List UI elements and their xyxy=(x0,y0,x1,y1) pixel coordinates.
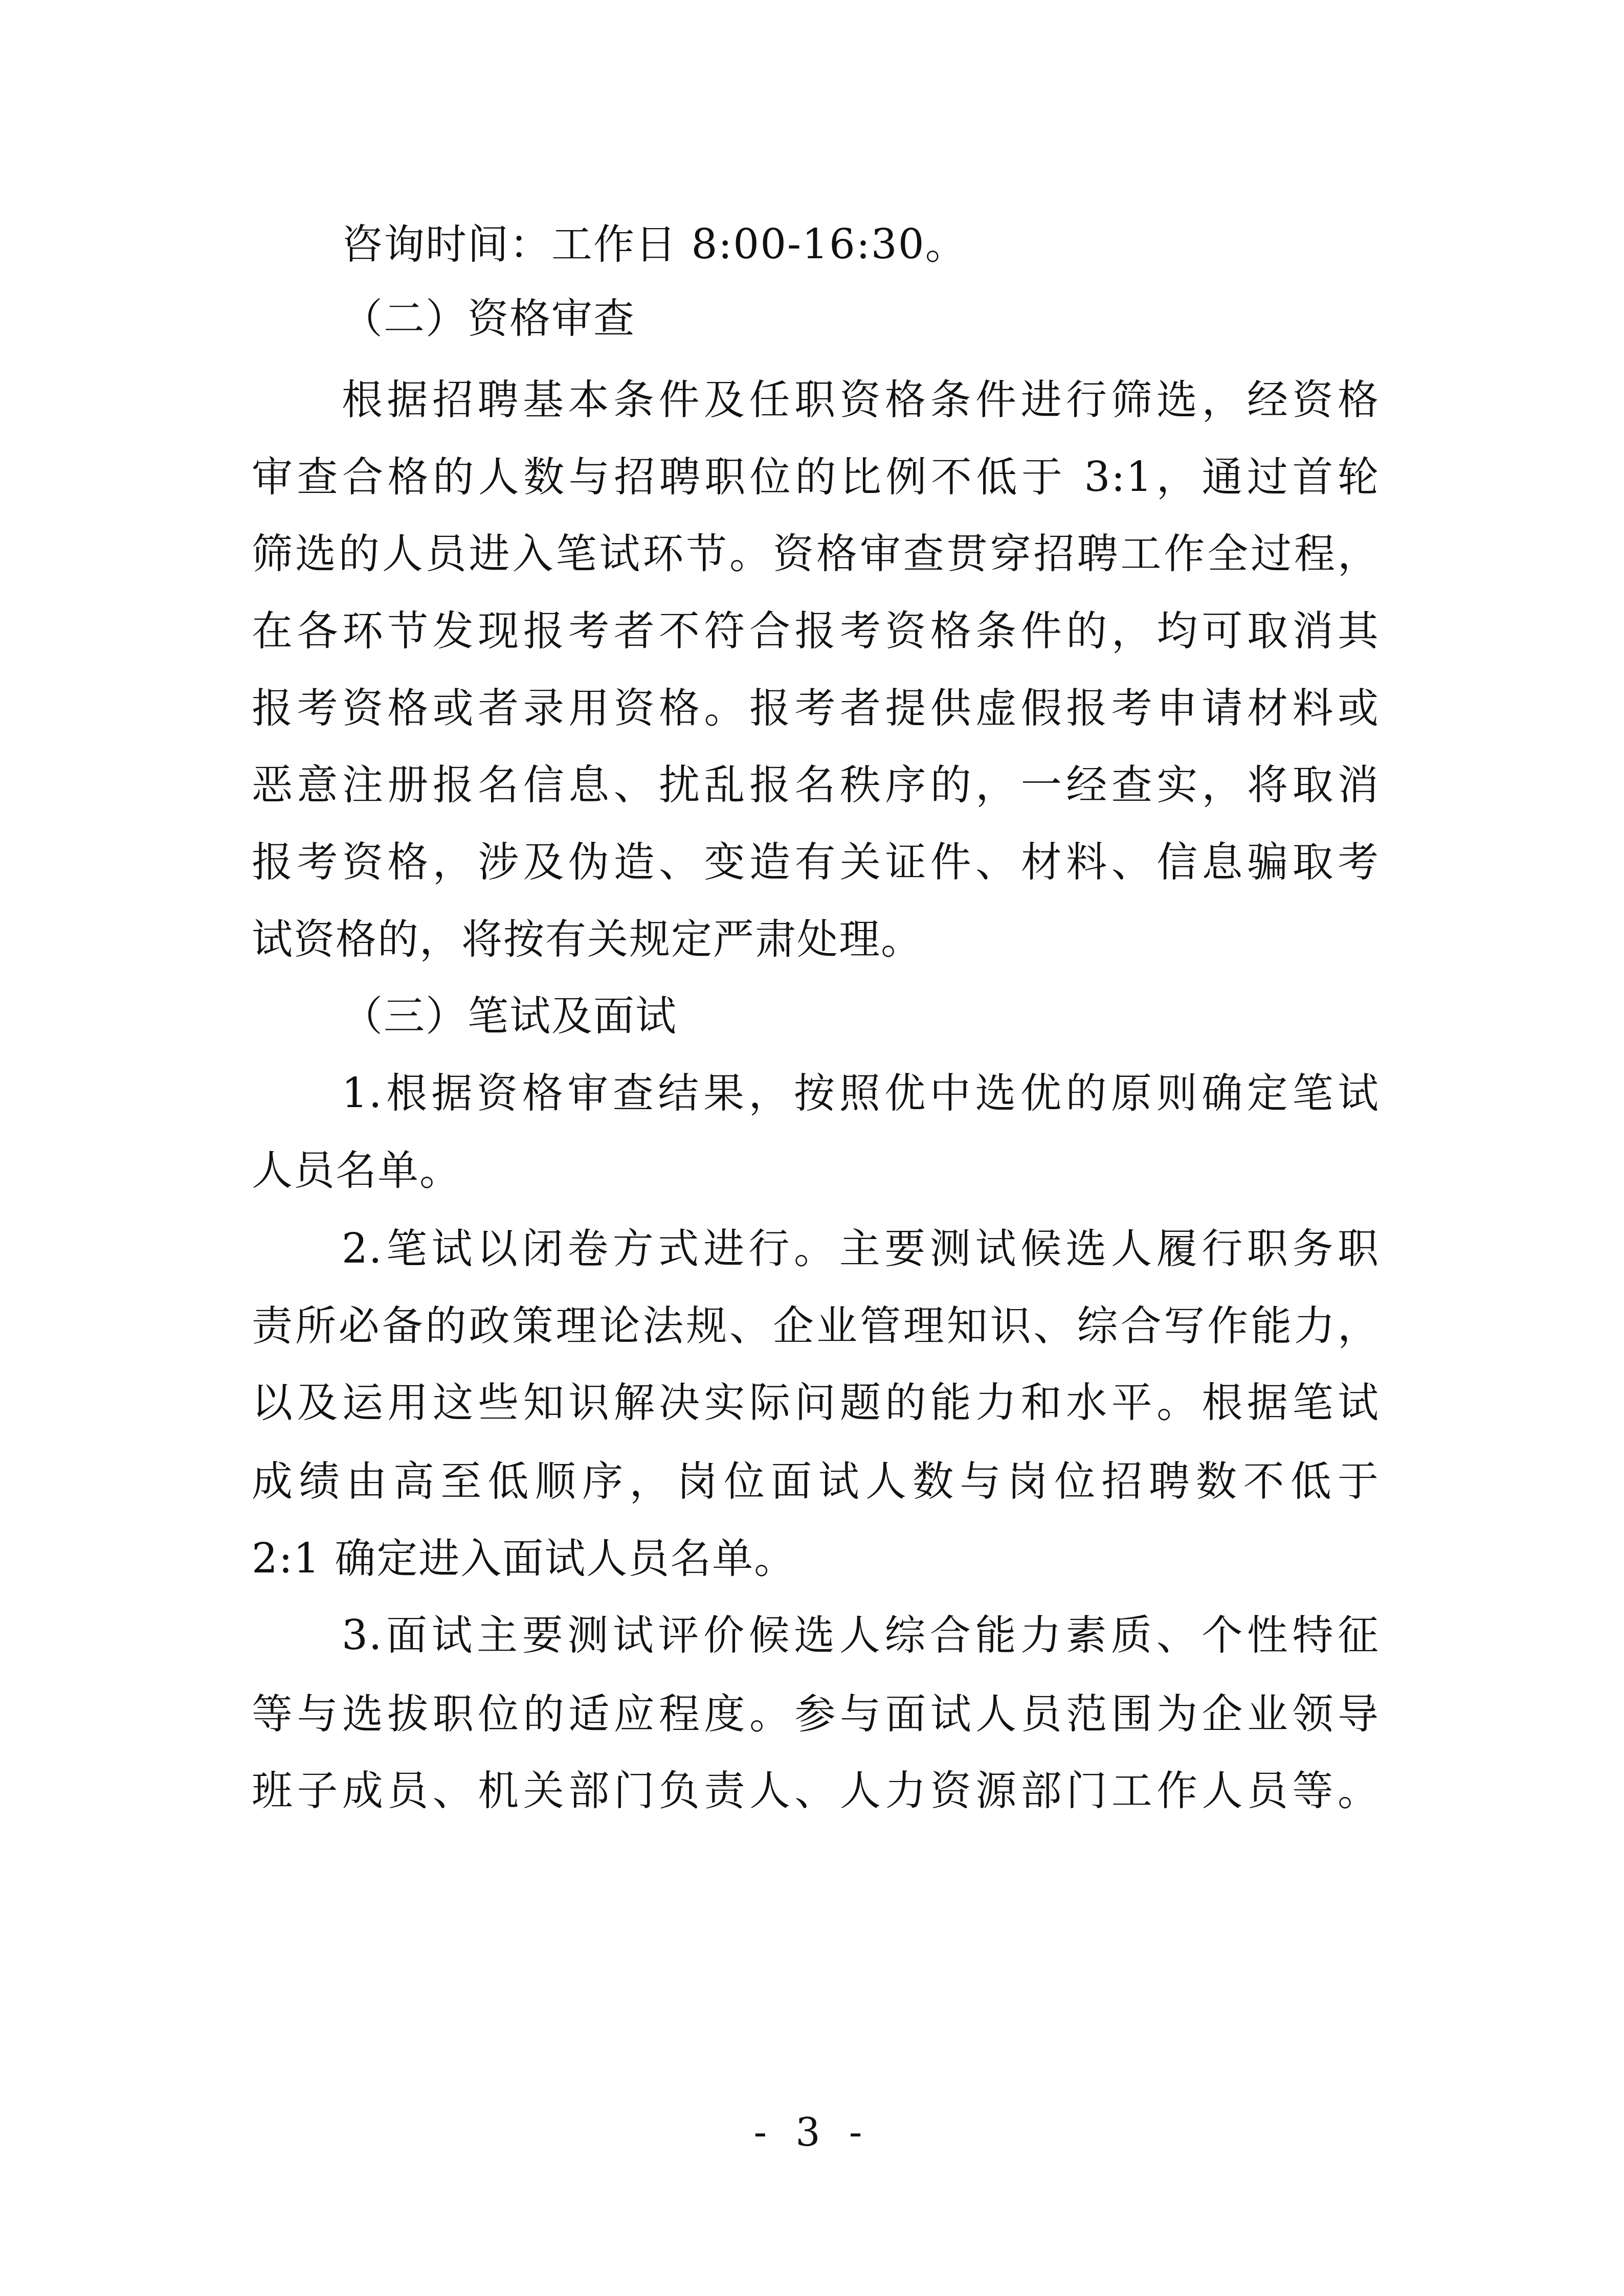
list-item-2-line: 2.笔试以闭卷方式进行。主要测试候选人履行职务职 xyxy=(342,1221,1380,1277)
section-heading-written-test-interview: （三）笔试及面试 xyxy=(342,988,677,1044)
list-item-3-line: 班子成员、机关部门负责人、人力资源部门工作人员等。 xyxy=(252,1763,1380,1819)
paragraph-line: 在各环节发现报考者不符合报考资格条件的，均可取消其 xyxy=(252,603,1380,659)
paragraph-line: 根据招聘基本条件及任职资格条件进行筛选，经资格 xyxy=(342,372,1380,428)
paragraph-line: 筛选的人员进入笔试环节。资格审查贯穿招聘工作全过程， xyxy=(252,526,1380,582)
list-item-1-line: 1.根据资格审查结果，按照优中选优的原则确定笔试 xyxy=(342,1065,1380,1121)
list-item-2-line: 2:1 确定进入面试人员名单。 xyxy=(252,1530,1380,1587)
paragraph-line: 试资格的，将按有关规定严肃处理。 xyxy=(252,911,1380,967)
document-page: 咨询时间：工作日 8:00-16:30。 （二）资格审查 根据招聘基本条件及任职… xyxy=(0,0,1624,2296)
paragraph-line: 恶意注册报名信息、扰乱报名秩序的，一经查实，将取消 xyxy=(252,757,1380,813)
paragraph-line: 报考资格，涉及伪造、变造有关证件、材料、信息骗取考 xyxy=(252,834,1380,890)
list-item-1-line: 人员名单。 xyxy=(252,1142,1380,1199)
consult-time-line: 咨询时间：工作日 8:00-16:30。 xyxy=(342,216,967,273)
paragraph-line: 审查合格的人数与招聘职位的比例不低于 3:1，通过首轮 xyxy=(252,449,1380,505)
page-number: - 3 - xyxy=(0,2107,1624,2158)
paragraph-line: 报考资格或者录用资格。报考者提供虚假报考申请材料或 xyxy=(252,680,1380,736)
list-item-2-line: 责所必备的政策理论法规、企业管理知识、综合写作能力， xyxy=(252,1298,1380,1354)
section-heading-qualification-review: （二）资格审查 xyxy=(342,290,635,347)
list-item-2-line: 以及运用这些知识解决实际问题的能力和水平。根据笔试 xyxy=(252,1375,1380,1431)
list-item-3-line: 等与选拔职位的适应程度。参与面试人员范围为企业领导 xyxy=(252,1686,1380,1742)
list-item-3-line: 3.面试主要测试评价候选人综合能力素质、个性特征 xyxy=(342,1607,1380,1663)
list-item-2-line: 成绩由高至低顺序，岗位面试人数与岗位招聘数不低于 xyxy=(252,1453,1380,1510)
